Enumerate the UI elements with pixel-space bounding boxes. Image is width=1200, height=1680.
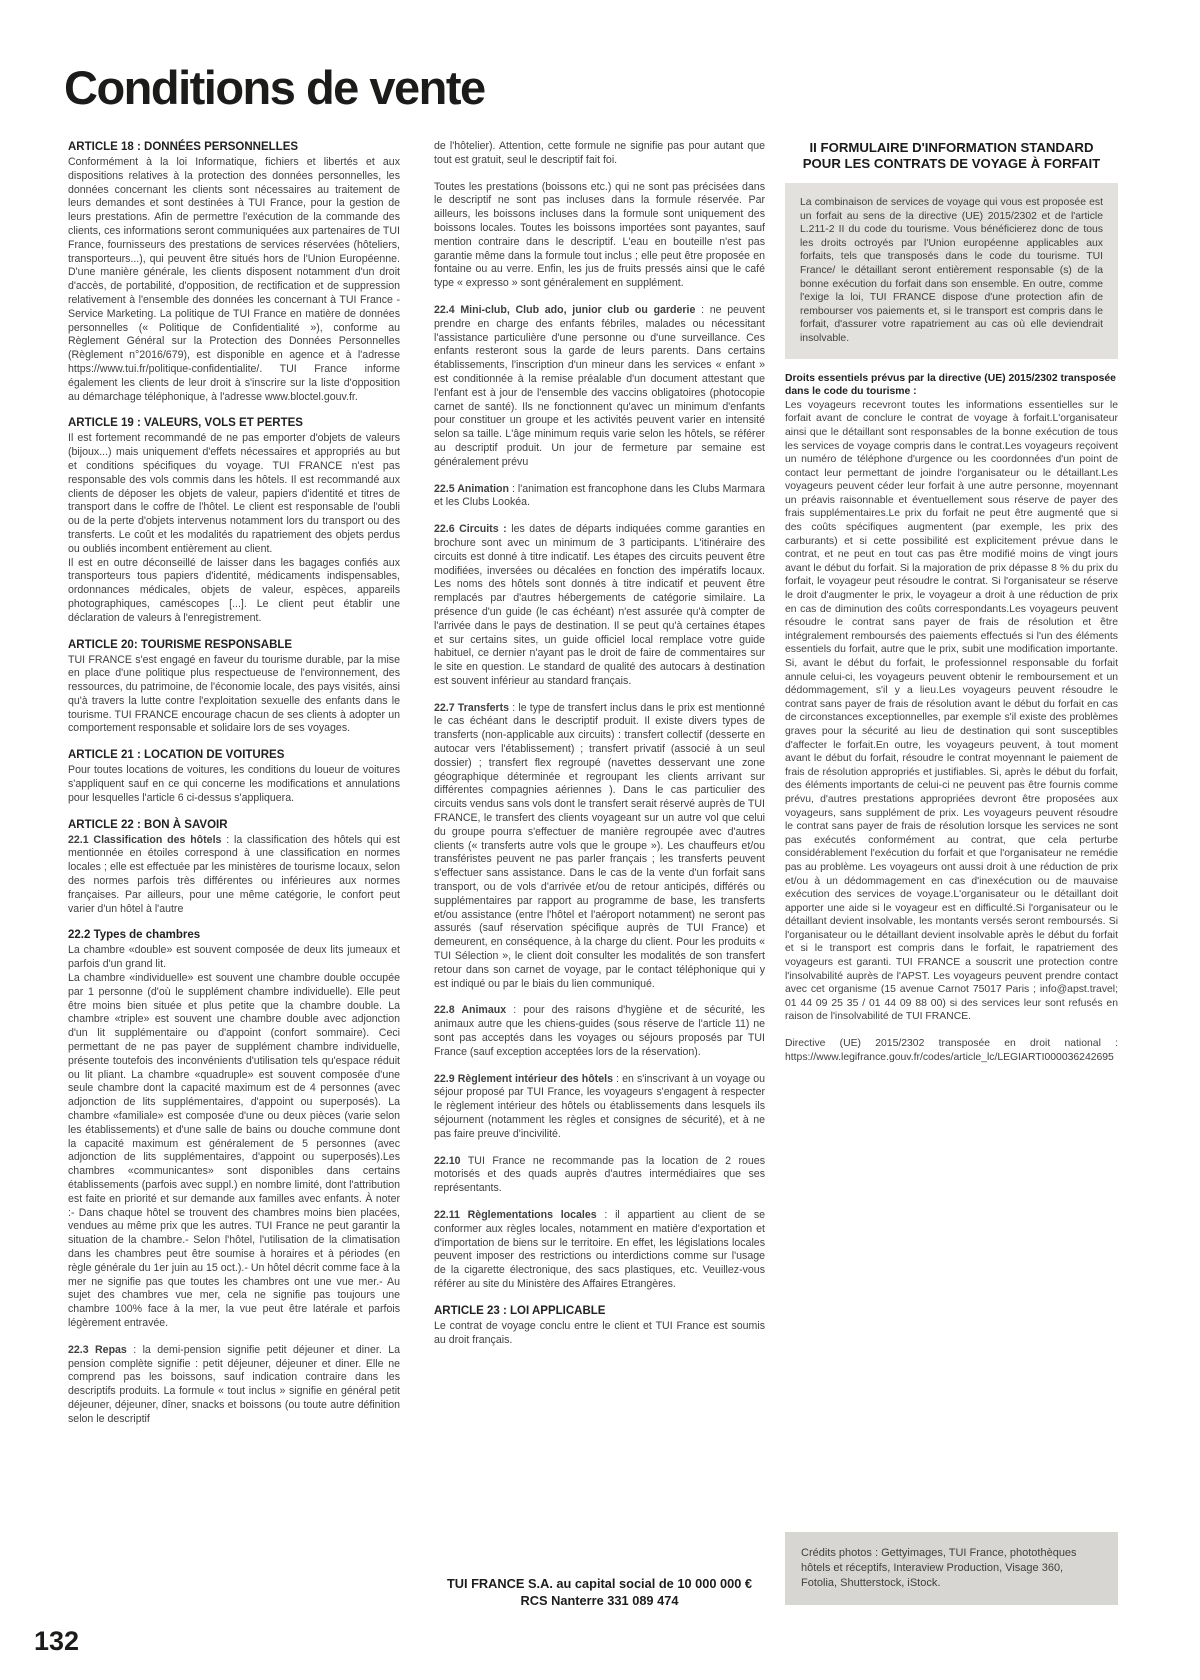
section-22-11-label: 22.11 Règlementations locales [434,1209,597,1221]
section-22-10-paragraph: 22.10 TUI France ne recommande pas la lo… [434,1155,765,1196]
article-22-heading: ARTICLE 22 : BON À SAVOIR [68,818,400,832]
section-22-6-text: les dates de départs indiquées comme gar… [434,523,765,687]
column-3: II FORMULAIRE D'INFORMATION STANDARD POU… [785,140,1118,1064]
company-legal-footer: TUI FRANCE S.A. au capital social de 10 … [434,1575,765,1609]
section-22-9-label: 22.9 Règlement intérieur des hôtels [434,1073,613,1085]
section-22-8-paragraph: 22.8 Animaux : pour des raisons d'hygièn… [434,1004,765,1059]
article-19-paragraph-1: Il est fortement recommandé de ne pas em… [68,432,400,556]
section-22-10-text: TUI France ne recommande pas la location… [434,1155,765,1195]
column-1: ARTICLE 18 : DONNÉES PERSONNELLES Confor… [68,140,400,1427]
article-20-paragraph: TUI FRANCE s'est engagé en faveur du tou… [68,654,400,737]
section-22-4-text: : ne peuvent prendre en charge des enfan… [434,304,765,468]
standard-form-title-line-2: POUR LES CONTRATS DE VOYAGE À FORFAIT [785,156,1118,172]
article-23-heading: ARTICLE 23 : LOI APPLICABLE [434,1304,765,1318]
section-22-6-paragraph: 22.6 Circuits : les dates de départs ind… [434,523,765,689]
section-22-5-label: 22.5 Animation [434,483,509,495]
section-22-7-text: : le type de transfert inclus dans le pr… [434,702,765,990]
section-22-3-label: 22.3 Repas [68,1344,127,1356]
section-22-1-label: 22.1 Classification des hôtels [68,834,221,846]
article-21-paragraph: Pour toutes locations de voitures, les c… [68,764,400,805]
article-19-paragraph-2: Il est en outre déconseillé de laisser d… [68,557,400,626]
page-title: Conditions de vente [64,60,485,115]
column-2: de l'hôtelier). Attention, cette formule… [434,140,765,1347]
section-22-7-paragraph: 22.7 Transferts : le type de transfert i… [434,702,765,992]
section-22-11-paragraph: 22.11 Règlementations locales : il appar… [434,1209,765,1292]
section-22-1-paragraph: 22.1 Classification des hôtels : la clas… [68,834,400,917]
standard-form-title: II FORMULAIRE D'INFORMATION STANDARD POU… [785,140,1118,172]
section-22-6-label: 22.6 Circuits : [434,523,507,535]
section-22-8-label: 22.8 Animaux [434,1004,506,1016]
article-20-heading: ARTICLE 20: TOURISME RESPONSABLE [68,638,400,652]
directive-reference-text: Directive (UE) 2015/2302 transposée en d… [785,1037,1118,1064]
photo-credits-box: Crédits photos : Gettyimages, TUI France… [785,1532,1118,1605]
essential-rights-heading: Droits essentiels prévus par la directiv… [785,372,1118,399]
section-22-9-paragraph: 22.9 Règlement intérieur des hôtels : en… [434,1073,765,1142]
section-22-3-continuation: de l'hôtelier). Attention, cette formule… [434,140,765,168]
standard-form-title-line-1: II FORMULAIRE D'INFORMATION STANDARD [785,140,1118,156]
company-capital-line: TUI FRANCE S.A. au capital social de 10 … [434,1575,765,1592]
article-18-paragraph: Conformément à la loi Informatique, fich… [68,156,400,404]
article-21-heading: ARTICLE 21 : LOCATION DE VOITURES [68,748,400,762]
article-23-paragraph: Le contrat de voyage conclu entre le cli… [434,1320,765,1348]
essential-rights-text: Les voyageurs recevront toutes les infor… [785,399,1118,1024]
page-number: 132 [34,1626,79,1657]
section-22-2-paragraph-2: La chambre «individuelle» est souvent un… [68,972,400,1331]
article-19-heading: ARTICLE 19 : VALEURS, VOLS ET PERTES [68,416,400,430]
section-22-2-paragraph-1: La chambre «double» est souvent composée… [68,944,400,972]
section-22-3-paragraph: 22.3 Repas : la demi-pension signifie pe… [68,1344,400,1427]
section-22-10-label: 22.10 [434,1155,461,1167]
photo-credits-text: Crédits photos : Gettyimages, TUI France… [801,1546,1102,1591]
section-22-11-text: : il appartient au client de se conforme… [434,1209,765,1290]
package-info-text: La combinaison de services de voyage qui… [800,196,1103,346]
included-services-paragraph: Toutes les prestations (boissons etc.) q… [434,181,765,291]
section-22-4-paragraph: 22.4 Mini-club, Club ado, junior club ou… [434,304,765,470]
section-22-5-paragraph: 22.5 Animation : l'animation est francop… [434,483,765,511]
section-22-7-label: 22.7 Transferts [434,702,509,714]
article-18-heading: ARTICLE 18 : DONNÉES PERSONNELLES [68,140,400,154]
package-info-box: La combinaison de services de voyage qui… [785,183,1118,359]
section-22-2-heading: 22.2 Types de chambres [68,928,400,942]
section-22-4-label: 22.4 Mini-club, Club ado, junior club ou… [434,304,695,316]
company-rcs-line: RCS Nanterre 331 089 474 [434,1592,765,1609]
